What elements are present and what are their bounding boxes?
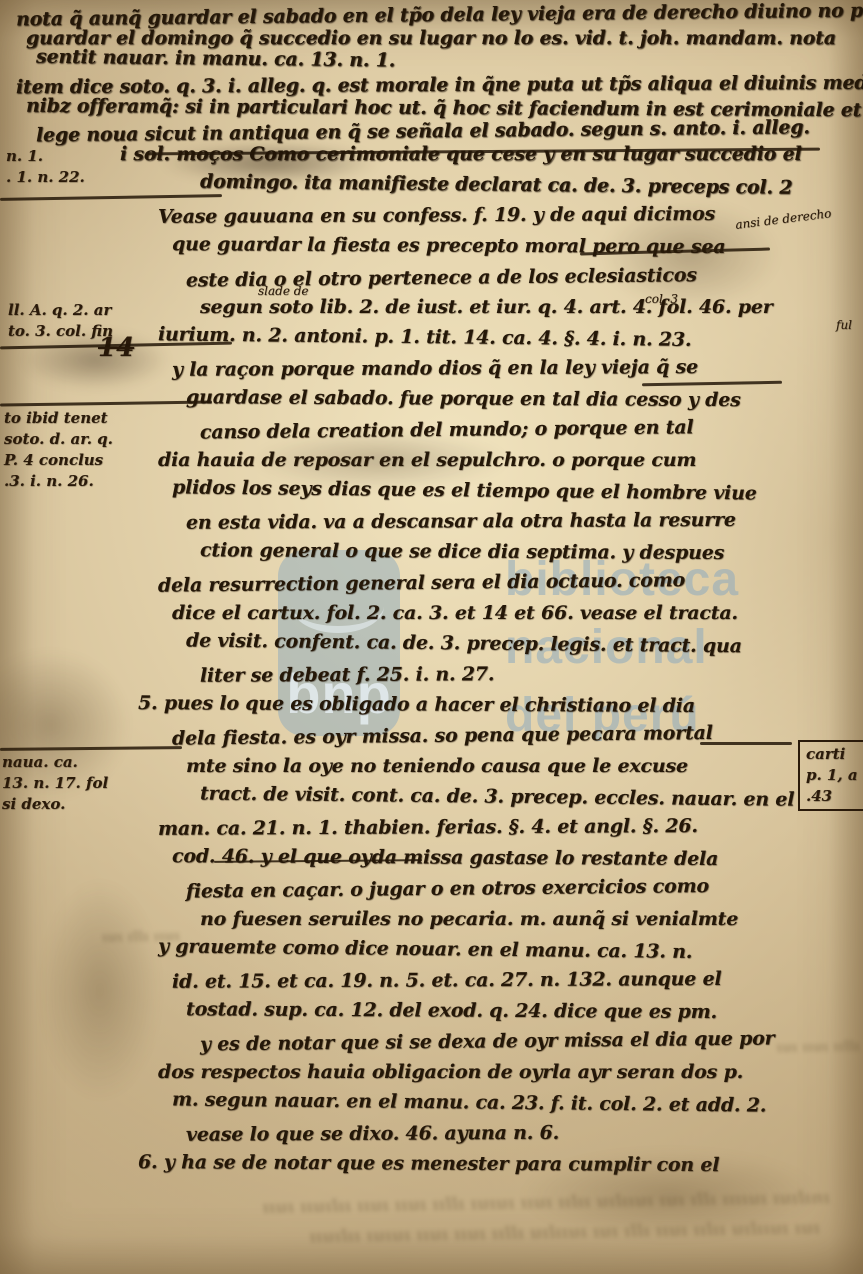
margin-note-right-citation: carti p. 1, a .43 bbox=[798, 740, 863, 811]
manuscript-line: segun soto lib. 2. de iust. et iur. q. 4… bbox=[200, 296, 863, 327]
manuscript-line: en esta vida. va a descansar ala otra ha… bbox=[186, 508, 863, 542]
manuscript-line: dice el cartux. fol. 2. ca. 3. et 14 et … bbox=[172, 602, 863, 633]
interlinear-note-3: col. 3 bbox=[645, 292, 678, 306]
bleedthrough-ghost-2: ıuı ıuıılıu ıılıı ıuıı ıllı ıuı ıuıılıu … bbox=[60, 1218, 820, 1251]
manuscript-line: y la raçon porque mando dios q̃ en la le… bbox=[172, 355, 863, 389]
manuscript-line: liter se debeat f. 25. i. n. 27. bbox=[200, 661, 863, 695]
manuscript-line: no fuesen seruiles no pecaria. m. aunq̃ … bbox=[200, 908, 863, 939]
manuscript-line: dia hauia de reposar en el sepulchro. o … bbox=[158, 449, 863, 480]
manuscript-line: vease lo que se dixo. 46. ayuna n. 6. bbox=[186, 1120, 863, 1154]
margin-note-citation-3: naua. ca. 13. n. 17. fol si dexo. bbox=[2, 752, 108, 815]
manuscript-line: dela fiesta. es oyr missa. so pena que p… bbox=[172, 721, 863, 759]
manuscript-page: bnp biblioteca nacional del perú nota q̃… bbox=[0, 0, 863, 1274]
manuscript-line: id. et. 15. et ca. 19. n. 5. et. ca. 27.… bbox=[172, 967, 863, 1001]
margin-note-citation-2: to ibid tenet soto. d. ar. q. P. 4 concl… bbox=[4, 408, 113, 492]
ink-stroke-underline-3 bbox=[700, 742, 792, 745]
manuscript-line: dela resurrection general sera el dia oc… bbox=[158, 568, 863, 606]
manuscript-line: dos respectos hauia obligacion de oyrla … bbox=[158, 1061, 863, 1092]
margin-note-top-left: n. 1. . 1. n. 22. bbox=[6, 146, 85, 188]
manuscript-line: man. ca. 21. n. 1. thabien. ferias. §. 4… bbox=[158, 814, 863, 848]
interlinear-note-4: ful bbox=[836, 318, 852, 332]
manuscript-line: 6. y ha se de notar que es menester para… bbox=[138, 1151, 863, 1185]
manuscript-line: canso dela creation del mundo; o porque … bbox=[200, 415, 863, 453]
manuscript-line: y es de notar que si se dexa de oyr miss… bbox=[200, 1027, 863, 1065]
manuscript-line: fiesta en caçar. o jugar o en otros exer… bbox=[186, 874, 863, 912]
manuscript-line: mte sino la oye no teniendo causa que le… bbox=[186, 755, 863, 786]
interlinear-note-1: slade de bbox=[258, 284, 309, 298]
margin-note-crossed-number: 14 bbox=[98, 338, 134, 359]
manuscript-text-block: nota q̃ aunq̃ guardar el sabado en el tp… bbox=[0, 4, 863, 1183]
bleedthrough-ghost-1: ınılıuı ıuıııı ıllı ıuı ıuıılıu ıılıı ıu… bbox=[30, 1188, 830, 1222]
